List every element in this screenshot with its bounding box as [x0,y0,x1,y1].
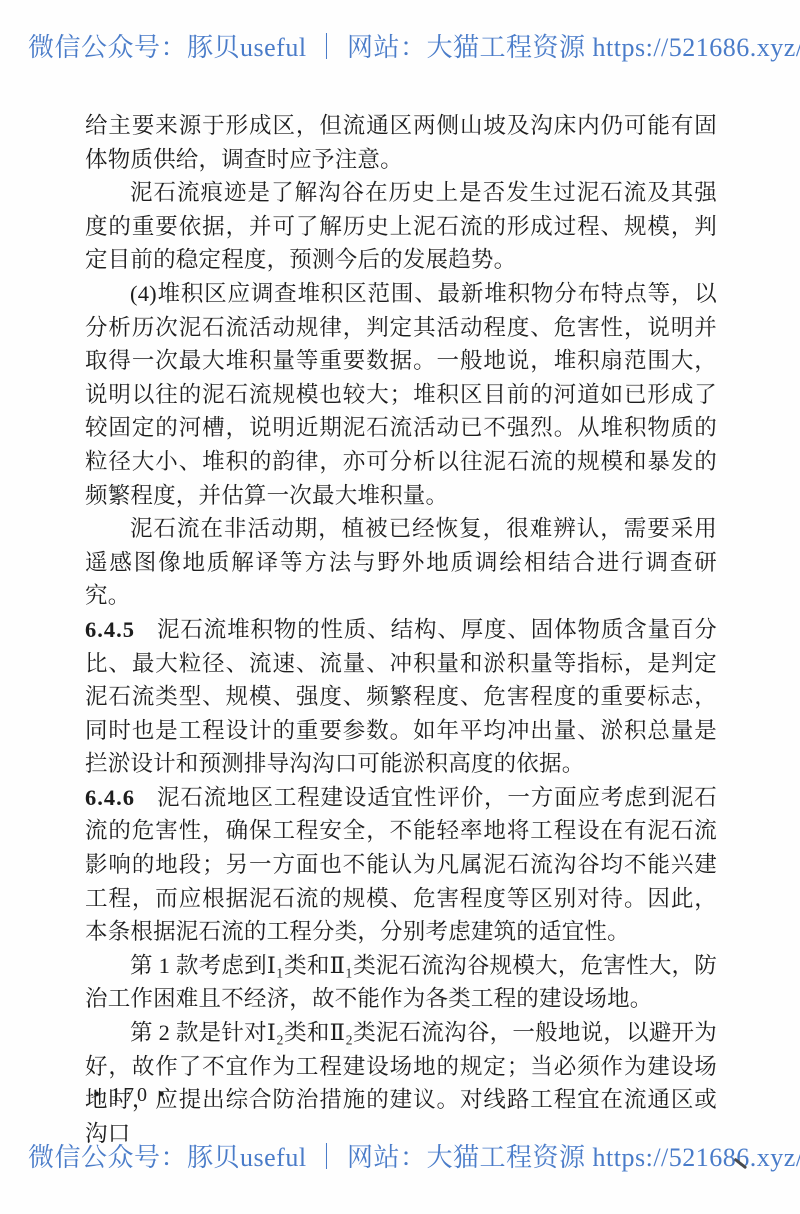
section-number: 6.4.5 [85,617,135,642]
paragraph-continuation: 给主要来源于形成区，但流通区两侧山坡及沟床内仍可能有固体物质供给，调查时应予注意… [85,109,717,176]
document-body: 给主要来源于形成区，但流通区两侧山坡及沟床内仍可能有固体物质供给，调查时应予注意… [85,109,717,1150]
paragraph-text: 泥石流堆积物的性质、结构、厚度、固体物质含量百分比、最大粒径、流速、流量、冲积量… [85,617,717,776]
paragraph-section-6-4-5: 6.4.5泥石流堆积物的性质、结构、厚度、固体物质含量百分比、最大粒径、流速、流… [85,613,717,781]
paragraph: 第 1 款考虑到Ⅰ₁类和Ⅱ₁类泥石流沟谷规模大，危害性大，防治工作困难且不经济，… [85,949,717,1016]
paragraph-text: 第 1 款考虑到Ⅰ₁类和Ⅱ₁类泥石流沟谷规模大，危害性大，防治工作困难且不经济，… [85,953,717,1012]
paragraph-text: 第 2 款是针对Ⅰ₂类和Ⅱ₂类泥石流沟谷，一般地说，以避开为好，故作了不宜作为工… [85,1020,717,1146]
paragraph: 泥石流在非活动期，植被已经恢复，很难辨认，需要采用遥感图像地质解译等方法与野外地… [85,512,717,613]
footer-watermark: 微信公众号：豚贝useful ｜ 网站：大猫工程资源 https://52168… [28,1137,772,1174]
paragraph-text: 泥石流地区工程建设适宜性评价，一方面应考虑到泥石流的危害性，确保工程安全，不能轻… [85,785,717,944]
footer-watermark-text: 微信公众号：豚贝useful ｜ 网站：大猫工程资源 https://52168… [28,1143,800,1172]
paragraph-section-6-4-6: 6.4.6泥石流地区工程建设适宜性评价，一方面应考虑到泥石流的危害性，确保工程安… [85,781,717,949]
section-number: 6.4.6 [85,785,135,810]
paragraph-text: (4)堆积区应调查堆积区范围、最新堆积物分布特点等，以分析历次泥石流活动规律，判… [85,281,717,508]
paragraph: 泥石流痕迹是了解沟谷在历史上是否发生过泥石流及其强度的重要依据，并可了解历史上泥… [85,176,717,277]
header-watermark-text: 微信公众号：豚贝useful ｜ 网站：大猫工程资源 https://52168… [28,33,800,62]
page-number: • 170 • [93,1084,168,1107]
header-watermark: 微信公众号：豚贝useful ｜ 网站：大猫工程资源 https://52168… [28,27,772,64]
document-page: 微信公众号：豚贝useful ｜ 网站：大猫工程资源 https://52168… [0,0,800,1214]
paragraph-text: 给主要来源于形成区，但流通区两侧山坡及沟床内仍可能有固体物质供给，调查时应予注意… [85,113,717,172]
paragraph: 第 2 款是针对Ⅰ₂类和Ⅱ₂类泥石流沟谷，一般地说，以避开为好，故作了不宜作为工… [85,1016,717,1150]
paragraph-text: 泥石流痕迹是了解沟谷在历史上是否发生过泥石流及其强度的重要依据，并可了解历史上泥… [85,180,717,272]
paragraph: (4)堆积区应调查堆积区范围、最新堆积物分布特点等，以分析历次泥石流活动规律，判… [85,277,717,512]
paragraph-text: 泥石流在非活动期，植被已经恢复，很难辨认，需要采用遥感图像地质解译等方法与野外地… [85,516,717,608]
